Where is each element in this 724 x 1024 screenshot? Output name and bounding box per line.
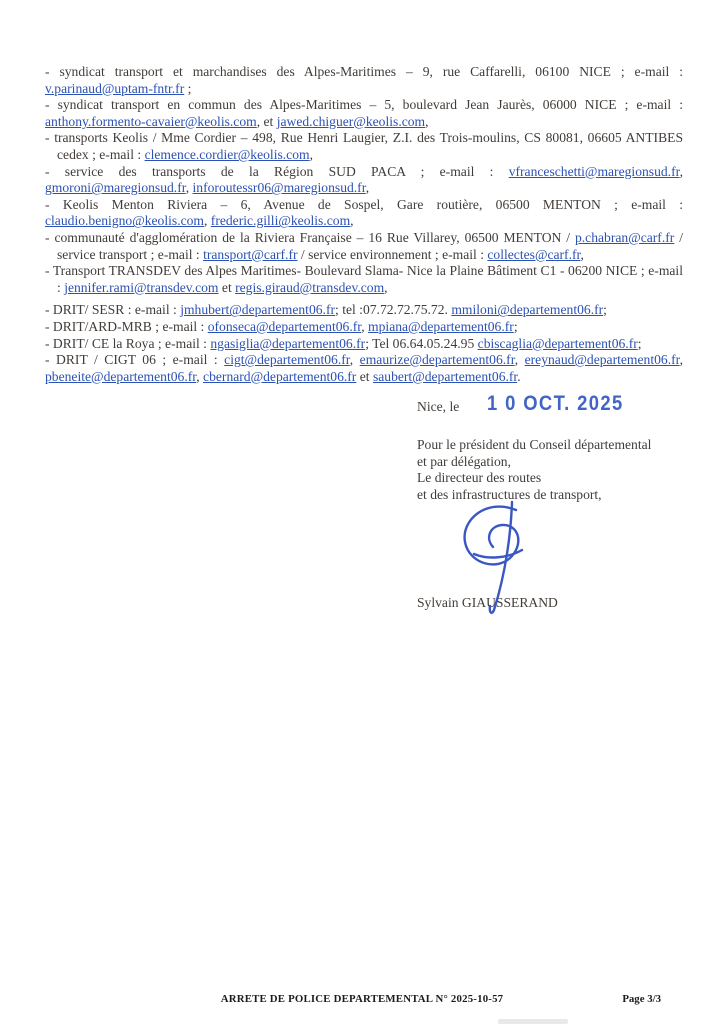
email-link[interactable]: cbernard@departement06.fr: [203, 369, 356, 384]
footer-page-number: Page 3/3: [622, 993, 661, 1005]
text-segment: .: [517, 369, 520, 384]
email-link[interactable]: collectes@carf.fr: [487, 247, 580, 262]
email-link[interactable]: transport@carf.fr: [203, 247, 297, 262]
text-segment: ,: [310, 147, 313, 162]
text-segment: ;: [514, 319, 518, 334]
text-segment: - DRIT/ SESR : e-mail :: [45, 302, 180, 317]
list-item: - communauté d'agglomération de la Rivie…: [45, 230, 683, 263]
text-segment: - transports Keolis / Mme Cordier – 498,…: [45, 130, 683, 162]
email-link[interactable]: inforoutessr06@maregionsud.fr: [193, 180, 366, 195]
email-link[interactable]: cigt@departement06.fr: [224, 352, 350, 367]
date-row: Nice, le 1 0 OCT. 2025: [417, 398, 697, 420]
text-segment: ;: [638, 336, 642, 351]
email-link[interactable]: vfranceschetti@maregionsud.fr: [509, 164, 680, 179]
list-item: - Keolis Menton Riviera – 6, Avenue de S…: [45, 197, 683, 230]
text-segment: - DRIT/ CE la Roya ; e-mail :: [45, 336, 210, 351]
delegation-line: Le directeur des routes: [417, 470, 697, 487]
email-link[interactable]: pbeneite@departement06.fr: [45, 369, 196, 384]
text-segment: ,: [680, 352, 683, 367]
footer-title: ARRETE DE POLICE DEPARTEMENTAL N° 2025-1…: [0, 993, 724, 1005]
text-segment: ,: [515, 352, 525, 367]
delegation-line: Pour le président du Conseil département…: [417, 437, 697, 454]
text-segment: ,: [204, 213, 211, 228]
signature: [452, 498, 552, 616]
text-segment: ;: [603, 302, 607, 317]
list-item: - DRIT / CIGT 06 ; e-mail : cigt@departe…: [45, 352, 683, 385]
email-link[interactable]: mpiana@departement06.fr: [368, 319, 514, 334]
text-segment: - communauté d'agglomération de la Rivie…: [45, 230, 575, 245]
text-segment: , et: [257, 114, 277, 129]
list-item: - DRIT/ SESR : e-mail : jmhubert@departe…: [45, 302, 683, 319]
text-segment: - syndicat transport et marchandises des…: [45, 64, 683, 79]
text-segment: ,: [350, 213, 353, 228]
email-link[interactable]: clemence.cordier@keolis.com: [145, 147, 310, 162]
email-link[interactable]: claudio.benigno@keolis.com: [45, 213, 204, 228]
email-link[interactable]: ngasiglia@departement06.fr: [210, 336, 365, 351]
email-link[interactable]: ereynaud@departement06.fr: [525, 352, 680, 367]
text-segment: ;: [184, 81, 191, 96]
email-link[interactable]: emaurize@departement06.fr: [360, 352, 515, 367]
scan-artifact: [498, 1019, 568, 1024]
list-item: - transports Keolis / Mme Cordier – 498,…: [45, 130, 683, 163]
email-link[interactable]: gmoroni@maregionsud.fr: [45, 180, 186, 195]
text-segment: ,: [350, 352, 360, 367]
email-link[interactable]: anthony.formento-cavaier@keolis.com: [45, 114, 257, 129]
contact-list: - syndicat transport et marchandises des…: [45, 64, 683, 385]
text-segment: ,: [581, 247, 584, 262]
text-segment: ,: [384, 280, 387, 295]
text-segment: - DRIT/ARD-MRB ; e-mail :: [45, 319, 208, 334]
email-link[interactable]: mmiloni@departement06.fr: [451, 302, 603, 317]
text-segment: - syndicat transport en commun des Alpes…: [45, 97, 683, 112]
text-segment: ; Tel 06.64.05.24.95: [365, 336, 477, 351]
list-item: - DRIT/ CE la Roya ; e-mail : ngasiglia@…: [45, 336, 683, 353]
email-link[interactable]: jawed.chiguer@keolis.com: [277, 114, 425, 129]
text-segment: - service des transports de la Région SU…: [45, 164, 509, 179]
email-link[interactable]: jmhubert@departement06.fr: [180, 302, 335, 317]
email-link[interactable]: frederic.gilli@keolis.com: [211, 213, 350, 228]
text-segment: ,: [366, 180, 369, 195]
text-segment: / service environnement ; e-mail :: [298, 247, 488, 262]
email-link[interactable]: cbiscaglia@departement06.fr: [478, 336, 638, 351]
email-link[interactable]: p.chabran@carf.fr: [575, 230, 674, 245]
delegation-lines: Pour le président du Conseil département…: [417, 437, 697, 503]
email-link[interactable]: jennifer.rami@transdev.com: [64, 280, 218, 295]
text-segment: et: [219, 280, 236, 295]
text-segment: ,: [186, 180, 193, 195]
email-link[interactable]: saubert@departement06.fr: [373, 369, 517, 384]
text-segment: - Keolis Menton Riviera – 6, Avenue de S…: [45, 197, 683, 212]
date-prefix: Nice, le: [417, 399, 459, 414]
document-page: - syndicat transport et marchandises des…: [0, 0, 724, 1024]
delegation-line: et par délégation,: [417, 454, 697, 471]
text-segment: - DRIT / CIGT 06 ; e-mail :: [45, 352, 224, 367]
list-item: - service des transports de la Région SU…: [45, 164, 683, 197]
list-item: - syndicat transport en commun des Alpes…: [45, 97, 683, 130]
text-segment: et: [356, 369, 373, 384]
text-segment: ; tel :07.72.72.75.72.: [335, 302, 451, 317]
list-item: - DRIT/ARD-MRB ; e-mail : ofonseca@depar…: [45, 319, 683, 336]
list-item: - syndicat transport et marchandises des…: [45, 64, 683, 97]
email-link[interactable]: ofonseca@departement06.fr: [208, 319, 362, 334]
text-segment: ,: [680, 164, 683, 179]
list-item: - Transport TRANSDEV des Alpes Maritimes…: [45, 263, 683, 296]
email-link[interactable]: v.parinaud@uptam-fntr.fr: [45, 81, 184, 96]
date-stamp: 1 0 OCT. 2025: [487, 392, 624, 416]
email-link[interactable]: regis.giraud@transdev.com: [235, 280, 384, 295]
text-segment: ,: [425, 114, 428, 129]
